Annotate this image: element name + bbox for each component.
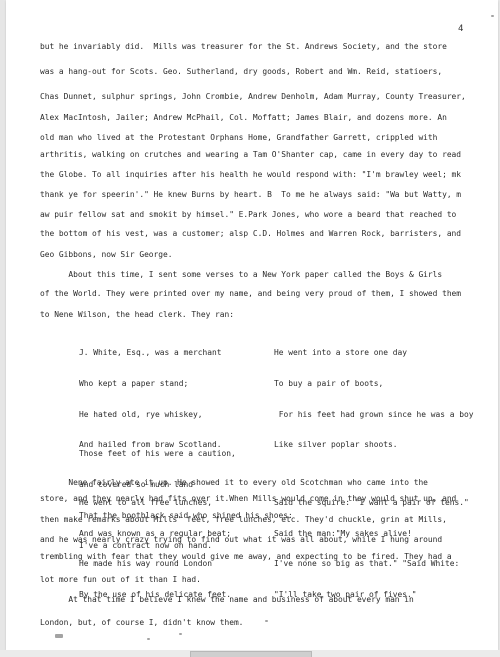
text-line: About this time, I sent some verses to a… xyxy=(40,270,442,279)
verse-line xyxy=(274,471,474,478)
ink-speck xyxy=(179,633,182,635)
text-line: aw puir fellow sat and smokit by himsel.… xyxy=(40,210,456,219)
ink-speck xyxy=(491,15,494,17)
verse-line: Those feet of his were a caution, xyxy=(79,449,293,459)
text-line: was a hang-out for Scots. Geo. Sutherlan… xyxy=(40,67,442,76)
verse-line: Who kept a paper stand; xyxy=(79,379,231,389)
text-line: Alex MacIntosh, Jailer; Andrew McPhail, … xyxy=(40,113,447,122)
verse-right-column: He went into a store one day To buy a pa… xyxy=(274,328,474,610)
text-line: lot more fun out of it than I had. xyxy=(40,575,201,584)
text-line: arthritis, walking on crutches and weari… xyxy=(40,150,461,159)
text-line: Nene fairly ate it up. He showed it to e… xyxy=(40,478,428,487)
verse-line: To buy a pair of boots, xyxy=(274,379,474,389)
verse-line: For his feet had grown since he was a bo… xyxy=(274,410,474,420)
text-line: then make remarks about Mills' feet, fre… xyxy=(40,515,447,524)
text-line: At that time I believe I knew the name a… xyxy=(40,595,414,604)
verse-line: Like silver poplar shoots. xyxy=(274,440,474,450)
ink-smudge xyxy=(55,634,63,638)
text-line: but he invariably did. Mills was treasur… xyxy=(40,42,447,51)
verse-line: J. White, Esq., was a merchant xyxy=(79,348,231,358)
ink-speck xyxy=(147,638,150,640)
text-line: Geo Gibbons, now Sir George. xyxy=(40,250,172,259)
text-line: to Nene Wilson, the head clerk. They ran… xyxy=(40,310,234,319)
text-line: the bottom of his vest, was a customer; … xyxy=(40,229,461,238)
next-page-tab xyxy=(190,651,312,657)
text-line: Chas Dunnet, sulphur springs, John Cromb… xyxy=(40,92,466,101)
text-line: London, but, of course I, didn't know th… xyxy=(40,618,243,627)
ink-speck xyxy=(265,620,268,622)
verse-line: He went into a store one day xyxy=(274,348,474,358)
text-line: store, and they nearly had fits over it.… xyxy=(40,494,456,503)
text-line: old man who lived at the Protestant Orph… xyxy=(40,133,437,142)
text-line: thank ye for speerin'." He knew Burns by… xyxy=(40,190,461,199)
text-line: trembling with fear that they would give… xyxy=(40,552,452,561)
text-line: of the World. They were printed over my … xyxy=(40,289,461,298)
verse-line: He hated old, rye whiskey, xyxy=(79,410,231,420)
page-number: 4 xyxy=(458,24,463,34)
text-line: and he was nearly crazy trying to find o… xyxy=(40,535,442,544)
text-line: the Globe. To all inquiries after his he… xyxy=(40,170,461,179)
